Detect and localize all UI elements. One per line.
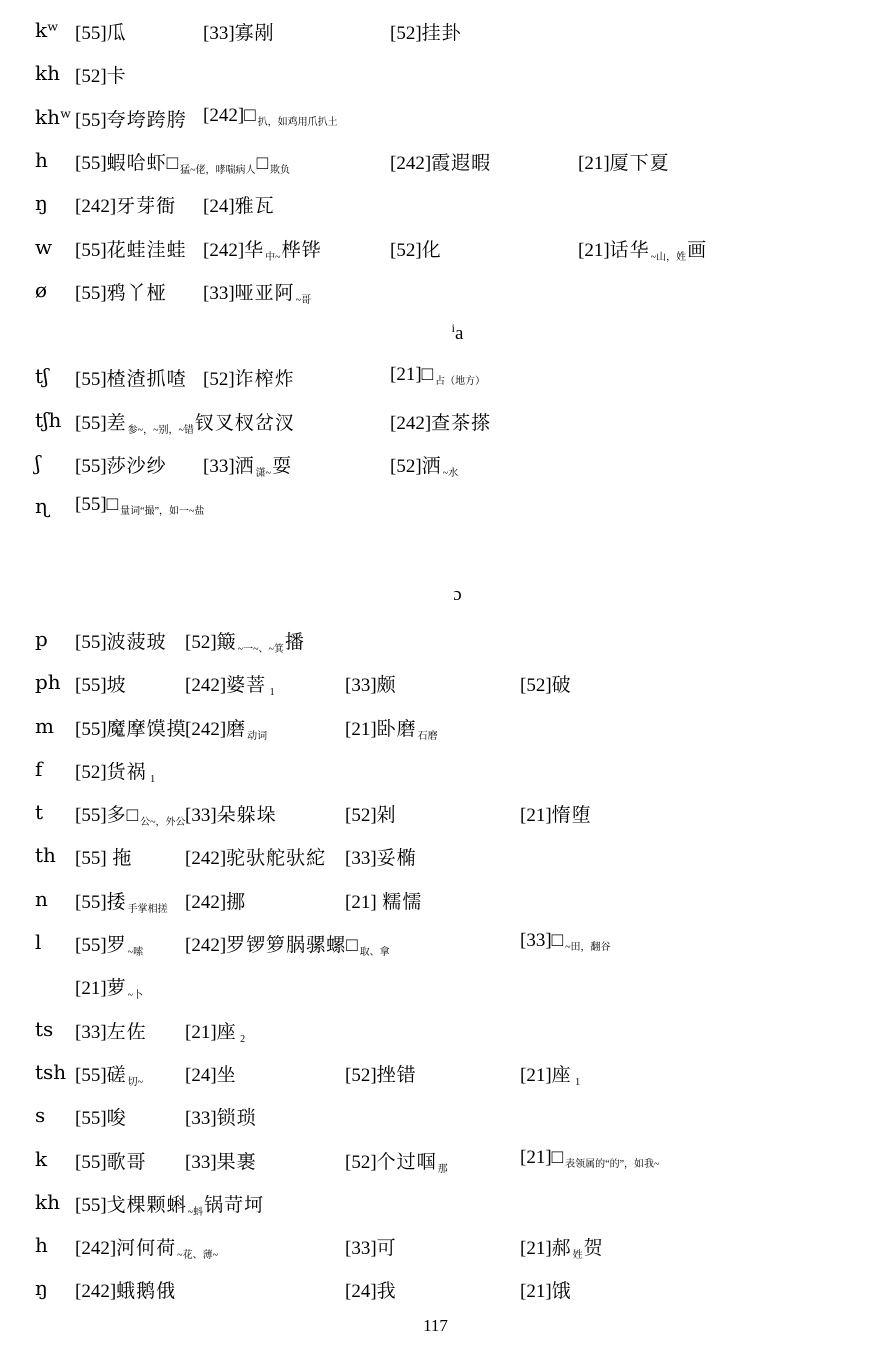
gloss-characters: □ [257, 153, 269, 174]
tone-label: [55] [75, 283, 107, 304]
gloss-note: 潇~ [256, 468, 271, 479]
gloss-characters: 座 [552, 1065, 572, 1086]
gloss-characters: 华 [244, 240, 264, 261]
tone-entry: [21]话华~山，姓画 [578, 235, 707, 262]
tone-label: [52] [390, 240, 422, 261]
initial-symbol: ts [35, 1017, 53, 1041]
initial-symbol: ʃ [35, 451, 40, 475]
entry-row: khʷ[55]夸垮跨胯[242]□扒，如鸡用爪扒土 [0, 105, 871, 147]
tone-entry: [242]罗锣箩脶骡螺□取、拿 [185, 930, 391, 957]
tone-label: [52] [520, 675, 552, 696]
gloss-characters: 播 [285, 632, 305, 653]
tone-label: [52] [185, 632, 217, 653]
tone-entry: [33]妥椭 [345, 843, 417, 870]
gloss-note: 参~，~别，~错 [128, 425, 194, 436]
section-header-final: ia [22, 321, 871, 345]
gloss-characters: 坐 [217, 1065, 237, 1086]
gloss-characters: 坡 [107, 675, 127, 696]
gloss-characters: 惰堕 [552, 805, 592, 826]
tone-entry: [52]剁 [345, 800, 397, 827]
tone-label: [21] [520, 1065, 552, 1086]
tone-label: [21] [520, 805, 552, 826]
tone-label: [21] [520, 1147, 552, 1168]
gloss-note: ~花、薄~ [177, 1250, 218, 1261]
tone-label: [24] [203, 196, 235, 217]
gloss-characters: 话华 [610, 240, 650, 261]
tone-entry: [242]挪 [185, 887, 246, 914]
gloss-note: 表领属的“的”，如我~ [565, 1159, 659, 1170]
tone-entry: [55]楂渣抓喳 [75, 364, 187, 391]
initial-symbol: tsh [35, 1060, 66, 1084]
tone-label: [33] [185, 1152, 217, 1173]
tone-entry: [21]萝~卜 [75, 973, 144, 1000]
gloss-characters: 洒 [422, 456, 442, 477]
gloss-characters: 个过啯 [377, 1152, 437, 1173]
gloss-characters: 拖 [107, 848, 133, 869]
gloss-note: 姓 [573, 1250, 583, 1261]
tone-entry: [242]磨动词 [185, 714, 268, 741]
gloss-characters: 罗 [107, 935, 127, 956]
tone-entry: [55]罗~嗦 [75, 930, 144, 957]
tone-label: [33] [520, 930, 552, 951]
gloss-note: ~一~、~箕 [238, 644, 284, 655]
tone-label: [33] [203, 23, 235, 44]
tone-label: [242] [390, 153, 431, 174]
gloss-note: 那 [438, 1164, 448, 1175]
tone-label: [21] [185, 1022, 217, 1043]
entry-row: tʃh[55]差参~，~别，~错钗叉杈岔汊[242]查茶搽 [0, 408, 871, 450]
tone-entry: [55]波菠玻 [75, 627, 167, 654]
tone-label: [33] [75, 1022, 107, 1043]
gloss-characters: 挂卦 [422, 23, 462, 44]
initial-symbol: ŋ [35, 191, 48, 215]
entry-row: ø[55]鸦丫桠[33]哑亚阿~哥 [0, 278, 871, 320]
gloss-characters: 磨 [226, 719, 246, 740]
gloss-characters: 多□ [107, 805, 139, 826]
gloss-characters: 鸦丫桠 [107, 283, 167, 304]
tone-label: [55] [75, 848, 107, 869]
gloss-note: 量词“撮”，如一~盐 [120, 506, 204, 517]
gloss-characters: 捼 [107, 892, 127, 913]
entry-row: ɳ[55]□量词“撮”，如一~盐 [0, 494, 871, 536]
tone-label: [55] [75, 675, 107, 696]
entry-row: ʃ[55]莎沙纱[33]洒潇~耍[52]洒~水 [0, 451, 871, 493]
tone-entry: [55]□量词“撮”，如一~盐 [75, 494, 205, 516]
tone-entry: [21]□表领属的“的”，如我~ [520, 1147, 660, 1169]
gloss-characters: 簸 [217, 632, 237, 653]
gloss-characters: 座 [217, 1022, 237, 1043]
tone-label: [242] [390, 413, 431, 434]
tone-entry: [55]捼手掌相搓 [75, 887, 169, 914]
tone-label: [21] [345, 719, 377, 740]
entry-row: tsh[55]磋切~[24]坐[52]挫错[21]座 1 [0, 1060, 871, 1102]
tone-entry: [242]查茶搽 [390, 408, 491, 435]
final-symbol: ɔ [453, 584, 461, 605]
entry-row: h[242]河何荷~花、薄~[33]可[21]郝姓贺 [0, 1233, 871, 1275]
tone-label: [52] [203, 369, 235, 390]
tone-label: [55] [75, 110, 107, 131]
tone-label: [242] [75, 1281, 116, 1302]
tone-entry: [242]霞遐暇 [390, 148, 491, 175]
gloss-characters: 我 [377, 1281, 397, 1302]
tone-entry: [21]惰堕 [520, 800, 592, 827]
gloss-note: 手掌相搓 [128, 904, 168, 915]
initial-symbol: tʃ [35, 364, 48, 388]
tone-label: [242] [185, 719, 226, 740]
initial-symbol: ɳ [35, 494, 49, 518]
gloss-characters: 果裹 [217, 1152, 257, 1173]
tone-label: [55] [75, 369, 107, 390]
initial-symbol: k [35, 1147, 47, 1171]
tone-label: [33] [185, 1108, 217, 1129]
tone-label: [21] [578, 240, 610, 261]
gloss-note: 猛~佬，哮喘病人 [180, 165, 255, 176]
tone-entry: [55]莎沙纱 [75, 451, 167, 478]
entry-row: n[55]捼手掌相搓[242]挪[21] 糯懦 [0, 887, 871, 929]
entry-row: h[55]蝦哈虾□猛~佬，哮喘病人□欺负[242]霞遐暇[21]厦下夏 [0, 148, 871, 190]
page-number: 117 [0, 1316, 871, 1336]
tone-label: [52] [345, 1152, 377, 1173]
tone-entry: [52]货祸 1 [75, 757, 156, 784]
tone-entry: [52]卡 [75, 61, 127, 88]
gloss-characters: 诈榨炸 [235, 369, 295, 390]
entry-row: kh[52]卡 [0, 61, 871, 103]
gloss-characters: □ [422, 364, 434, 385]
tone-entry: [24]雅瓦 [203, 191, 275, 218]
gloss-characters: 桦铧 [282, 240, 322, 261]
gloss-characters: 歌哥 [107, 1152, 147, 1173]
initial-symbol: kʷ [35, 18, 59, 42]
gloss-characters: 波菠玻 [107, 632, 167, 653]
tone-entry: [52]破 [520, 670, 572, 697]
tone-entry: [52]个过啯那 [345, 1147, 449, 1174]
tone-entry: [55]魔摩馍摸 [75, 714, 187, 741]
tone-entry: [52]挫错 [345, 1060, 417, 1087]
gloss-note: 1 [573, 1077, 581, 1088]
gloss-characters: 画 [687, 240, 707, 261]
gloss-characters: 萝 [107, 978, 127, 999]
entry-row: m[55]魔摩馍摸[242]磨动词[21]卧磨石磨 [0, 714, 871, 756]
gloss-note: 1 [267, 687, 275, 698]
tone-entry: [21] 糯懦 [345, 887, 422, 914]
tone-entry: [21]座 2 [185, 1017, 246, 1044]
initial-symbol: th [35, 843, 56, 867]
tone-entry: [52]诈榨炸 [203, 364, 295, 391]
tone-label: [55] [75, 23, 107, 44]
gloss-note: ~哥 [296, 295, 311, 306]
initial-symbol: ø [35, 278, 47, 302]
gloss-characters: 锁琐 [217, 1108, 257, 1129]
gloss-characters: 货祸 [107, 762, 147, 783]
tone-label: [21] [578, 153, 610, 174]
tone-entry: [24]坐 [185, 1060, 237, 1087]
tone-entry: [55]唆 [75, 1103, 127, 1130]
gloss-characters: 楂渣抓喳 [107, 369, 187, 390]
gloss-characters: 郝 [552, 1238, 572, 1259]
tone-label: [55] [75, 892, 107, 913]
tone-label: [21] [390, 364, 422, 385]
tone-label: [24] [185, 1065, 217, 1086]
tone-label: [21] [75, 978, 107, 999]
gloss-characters: 查茶搽 [431, 413, 491, 434]
tone-label: [242] [75, 196, 116, 217]
entry-row: tʃ[55]楂渣抓喳[52]诈榨炸[21]□占（地方） [0, 364, 871, 406]
tone-entry: [242]驼驮舵驮紽 [185, 843, 326, 870]
tone-entry: [21]□占（地方） [390, 364, 486, 386]
tone-label: [55] [75, 935, 107, 956]
gloss-note: 切~ [128, 1077, 143, 1088]
initial-symbol: tʃh [35, 408, 61, 432]
gloss-note: 公~，外公 [140, 817, 185, 828]
gloss-characters: 蝦哈虾□ [107, 153, 179, 174]
tone-entry: [24]我 [345, 1276, 397, 1303]
initial-symbol: t [35, 800, 43, 824]
tone-label: [55] [75, 494, 107, 515]
gloss-note: ~山，姓 [651, 252, 686, 263]
tone-entry: [242]河何荷~花、薄~ [75, 1233, 219, 1260]
initial-symbol: p [35, 627, 48, 651]
gloss-characters: 洒 [235, 456, 255, 477]
tone-entry: [33]哑亚阿~哥 [203, 278, 312, 305]
initial-symbol: l [35, 930, 41, 954]
entry-row: l[55]罗~嗦[242]罗锣箩脶骡螺□取、拿[33]□~田，翻谷 [0, 930, 871, 972]
entry-row: kʷ[55]瓜[33]寡剐[52]挂卦 [0, 18, 871, 60]
entry-row: p[55]波菠玻[52]簸~一~、~箕播 [0, 627, 871, 669]
tone-entry: [55] 拖 [75, 843, 132, 870]
gloss-characters: 耍 [272, 456, 292, 477]
entry-row: [21]萝~卜 [0, 973, 871, 1015]
gloss-characters: 驼驮舵驮紽 [226, 848, 326, 869]
tone-label: [55] [75, 456, 107, 477]
initial-symbol: f [35, 757, 42, 781]
tone-label: [55] [75, 1065, 107, 1086]
tone-entry: [242]蛾鹅俄 [75, 1276, 176, 1303]
initial-symbol: h [35, 1233, 48, 1257]
gloss-note: 1 [148, 774, 156, 785]
tone-label: [33] [185, 805, 217, 826]
tone-label: [52] [75, 66, 107, 87]
entry-row: w[55]花蛙洼蛙[242]华中~桦铧[52]化[21]话华~山，姓画 [0, 235, 871, 277]
tone-entry: [21]郝姓贺 [520, 1233, 604, 1260]
gloss-characters: 寡剐 [235, 23, 275, 44]
tone-entry: [33]朵躲垛 [185, 800, 277, 827]
tone-label: [33] [203, 456, 235, 477]
tone-entry: [21]饿 [520, 1276, 572, 1303]
gloss-characters: 霞遐暇 [431, 153, 491, 174]
tone-label: [242] [185, 935, 226, 956]
gloss-characters: 糯懦 [377, 892, 423, 913]
gloss-characters: 花蛙洼蛙 [107, 240, 187, 261]
entry-row: th[55] 拖[242]驼驮舵驮紽[33]妥椭 [0, 843, 871, 885]
entry-row: k[55]歌哥[33]果裹[52]个过啯那[21]□表领属的“的”，如我~ [0, 1147, 871, 1189]
gloss-note: 欺负 [270, 165, 290, 176]
gloss-note: ~田，翻谷 [565, 942, 610, 953]
tone-entry: [52]化 [390, 235, 442, 262]
tone-label: [55] [75, 240, 107, 261]
tone-label: [52] [75, 762, 107, 783]
gloss-note: 占（地方） [435, 376, 485, 387]
gloss-characters: 贺 [584, 1238, 604, 1259]
gloss-note: ~卜 [128, 990, 143, 1001]
gloss-characters: □ [244, 105, 256, 126]
entry-row: ŋ[242]蛾鹅俄[24]我[21]饿 [0, 1276, 871, 1318]
gloss-characters: 妥椭 [377, 848, 417, 869]
initial-symbol: ph [35, 670, 61, 694]
tone-entry: [55]夸垮跨胯 [75, 105, 187, 132]
tone-entry: [55]花蛙洼蛙 [75, 235, 187, 262]
gloss-characters: 锅苛坷 [204, 1195, 264, 1216]
gloss-characters: 婆菩 [226, 675, 266, 696]
tone-label: [242] [203, 240, 244, 261]
initial-symbol: w [35, 235, 52, 259]
tone-label: [242] [203, 105, 244, 126]
gloss-note: 取、拿 [360, 947, 390, 958]
tone-label: [55] [75, 1108, 107, 1129]
tone-entry: [33]左佐 [75, 1017, 147, 1044]
gloss-characters: 莎沙纱 [107, 456, 167, 477]
tone-entry: [55]多□公~，外公 [75, 800, 187, 827]
gloss-characters: 蛾鹅俄 [116, 1281, 176, 1302]
tone-label: [52] [345, 805, 377, 826]
tone-label: [55] [75, 153, 107, 174]
gloss-characters: 戈棵颗蝌 [107, 1195, 187, 1216]
tone-label: [52] [390, 23, 422, 44]
tone-entry: [55]鸦丫桠 [75, 278, 167, 305]
initial-symbol: h [35, 148, 48, 172]
entry-row: f[52]货祸 1 [0, 757, 871, 799]
gloss-characters: 颇 [377, 675, 397, 696]
tone-label: [33] [203, 283, 235, 304]
tone-label: [33] [345, 848, 377, 869]
initial-symbol: s [35, 1103, 45, 1127]
gloss-characters: □ [107, 494, 119, 515]
tone-label: [55] [75, 719, 107, 740]
gloss-characters: 剁 [377, 805, 397, 826]
tone-entry: [33]可 [345, 1233, 397, 1260]
entry-row: kh[55]戈棵颗蝌~蚪锅苛坷 [0, 1190, 871, 1232]
gloss-characters: 河何荷 [116, 1238, 176, 1259]
tone-label: [55] [75, 632, 107, 653]
initial-symbol: ŋ [35, 1276, 48, 1300]
tone-label: [33] [345, 675, 377, 696]
tone-entry: [242]牙芽衙 [75, 191, 176, 218]
tone-label: [242] [185, 848, 226, 869]
gloss-characters: 破 [552, 675, 572, 696]
tone-label: [21] [345, 892, 377, 913]
gloss-note: 动词 [247, 731, 267, 742]
initial-symbol: kh [35, 61, 60, 85]
tone-entry: [52]挂卦 [390, 18, 462, 45]
tone-label: [52] [390, 456, 422, 477]
gloss-characters: 朵躲垛 [217, 805, 277, 826]
tone-entry: [33]寡剐 [203, 18, 275, 45]
gloss-characters: 卧磨 [377, 719, 417, 740]
tone-entry: [55]瓜 [75, 18, 127, 45]
tone-entry: [33]洒潇~耍 [203, 451, 292, 478]
gloss-note: 中~ [265, 252, 280, 263]
tone-entry: [21]座 1 [520, 1060, 581, 1087]
tone-label: [242] [185, 892, 226, 913]
tone-entry: [55]戈棵颗蝌~蚪锅苛坷 [75, 1190, 264, 1217]
tone-label: [55] [75, 413, 107, 434]
initial-symbol: m [35, 714, 54, 738]
gloss-characters: 厦下夏 [610, 153, 670, 174]
tone-entry: [55]差参~，~别，~错钗叉杈岔汊 [75, 408, 295, 435]
initial-symbol: n [35, 887, 48, 911]
gloss-characters: 牙芽衙 [116, 196, 176, 217]
gloss-characters: 差 [107, 413, 127, 434]
gloss-characters: 夸垮跨胯 [107, 110, 187, 131]
gloss-characters: 左佐 [107, 1022, 147, 1043]
tone-entry: [52]洒~水 [390, 451, 459, 478]
tone-label: [242] [185, 675, 226, 696]
tone-entry: [52]簸~一~、~箕播 [185, 627, 305, 654]
gloss-characters: 卡 [107, 66, 127, 87]
tone-entry: [33]颇 [345, 670, 397, 697]
gloss-note: 石磨 [418, 731, 438, 742]
tone-label: [55] [75, 1195, 107, 1216]
tone-label: [55] [75, 805, 107, 826]
gloss-characters: 魔摩馍摸 [107, 719, 187, 740]
initial-symbol: kh [35, 1190, 60, 1214]
tone-entry: [55]坡 [75, 670, 127, 697]
tone-entry: [55]磋切~ [75, 1060, 144, 1087]
dictionary-page: 117 kʷ[55]瓜[33]寡剐[52]挂卦kh[52]卡khʷ[55]夸垮跨… [0, 0, 871, 1355]
gloss-characters: 磋 [107, 1065, 127, 1086]
tone-entry: [242]□扒，如鸡用爪扒土 [203, 105, 339, 127]
section-header-final: ɔ [22, 584, 871, 606]
entry-row: ŋ[242]牙芽衙[24]雅瓦 [0, 191, 871, 233]
gloss-characters: 钗叉杈岔汊 [195, 413, 295, 434]
tone-label: [52] [345, 1065, 377, 1086]
gloss-characters: 挪 [226, 892, 246, 913]
gloss-note: ~蚪 [188, 1207, 203, 1218]
tone-label: [24] [345, 1281, 377, 1302]
gloss-characters: 饿 [552, 1281, 572, 1302]
gloss-note: ~嗦 [128, 947, 143, 958]
gloss-characters: 化 [422, 240, 442, 261]
gloss-characters: 可 [377, 1238, 397, 1259]
tone-label: [33] [345, 1238, 377, 1259]
final-symbol: a [455, 323, 463, 344]
tone-entry: [242]婆菩 1 [185, 670, 276, 697]
entry-row: ts[33]左佐[21]座 2 [0, 1017, 871, 1059]
gloss-note: 扒，如鸡用爪扒土 [258, 117, 338, 128]
tone-entry: [55]歌哥 [75, 1147, 147, 1174]
gloss-characters: 哑亚阿 [235, 283, 295, 304]
gloss-characters: 雅瓦 [235, 196, 275, 217]
gloss-characters: □ [552, 930, 564, 951]
gloss-characters: 挫错 [377, 1065, 417, 1086]
tone-entry: [21]卧磨石磨 [345, 714, 439, 741]
gloss-characters: 罗锣箩脶骡螺□ [226, 935, 358, 956]
tone-entry: [33]锁琐 [185, 1103, 257, 1130]
tone-entry: [33]果裹 [185, 1147, 257, 1174]
gloss-note: ~水 [443, 468, 458, 479]
tone-entry: [242]华中~桦铧 [203, 235, 322, 262]
gloss-note: 2 [238, 1034, 246, 1045]
gloss-characters: 瓜 [107, 23, 127, 44]
tone-entry: [33]□~田，翻谷 [520, 930, 612, 952]
entry-row: t[55]多□公~，外公[33]朵躲垛[52]剁[21]惰堕 [0, 800, 871, 842]
initial-symbol: khʷ [35, 105, 72, 129]
tone-label: [21] [520, 1238, 552, 1259]
gloss-characters: 唆 [107, 1108, 127, 1129]
entry-row: s[55]唆[33]锁琐 [0, 1103, 871, 1145]
tone-label: [242] [75, 1238, 116, 1259]
tone-label: [55] [75, 1152, 107, 1173]
entry-row: ph[55]坡[242]婆菩 1[33]颇[52]破 [0, 670, 871, 712]
